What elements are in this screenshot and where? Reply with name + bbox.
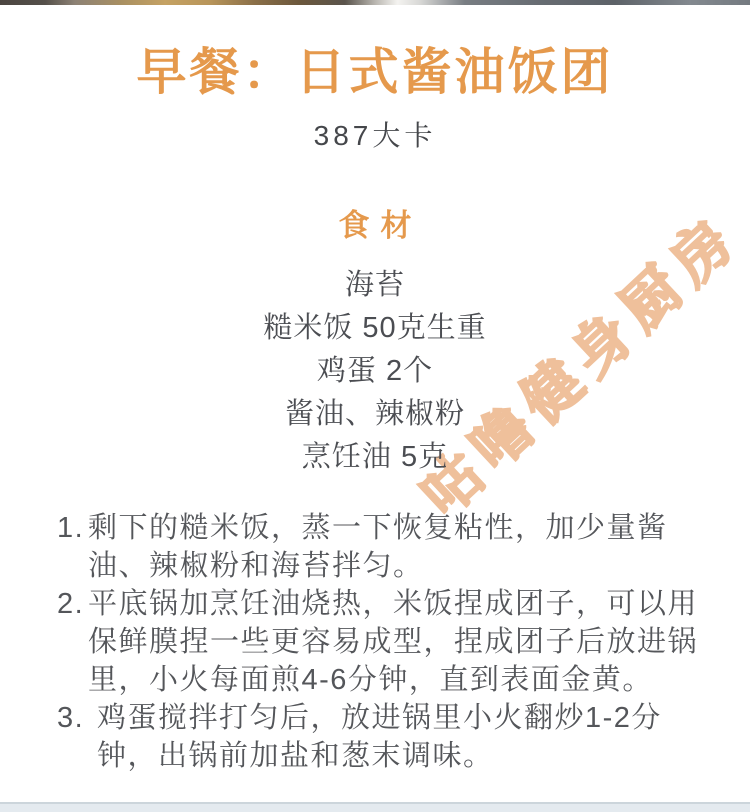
step-text: 平底锅加烹饪油烧热，米饭捏成团子，可以用 保鲜膜捏一些更容易成型，捏成团子后放进… <box>88 585 717 699</box>
calories-text: 387大卡 <box>0 120 750 152</box>
ingredients-list: 海苔 糙米饭 50克生重 鸡蛋 2个 酱油、辣椒粉 烹饪油 5克 <box>0 264 750 479</box>
step-row: 1. 剩下的糙米饭，蒸一下恢复粘性，加少量酱 油、辣椒粉和海苔拌匀。 <box>57 509 717 585</box>
step-number: 1. <box>57 509 88 547</box>
ingredient-item: 海苔 <box>0 264 750 307</box>
ingredient-item: 酱油、辣椒粉 <box>0 393 750 436</box>
step-line: 鸡蛋搅拌打匀后，放进锅里小火翻炒1-2分 <box>97 699 717 737</box>
step-text: 剩下的糙米饭，蒸一下恢复粘性，加少量酱 油、辣椒粉和海苔拌匀。 <box>88 509 717 585</box>
step-row: 2. 平底锅加烹饪油烧热，米饭捏成团子，可以用 保鲜膜捏一些更容易成型，捏成团子… <box>57 585 717 699</box>
step-line: 平底锅加烹饪油烧热，米饭捏成团子，可以用 <box>88 585 717 623</box>
step-line: 钟，出锅前加盐和葱末调味。 <box>97 737 717 775</box>
step-number: 2. <box>57 585 88 623</box>
ingredients-heading: 食材 <box>0 208 750 244</box>
page-title: 早餐：日式酱油饭团 <box>0 44 750 100</box>
step-line: 保鲜膜捏一些更容易成型，捏成团子后放进锅 <box>88 623 717 661</box>
step-number: 3. <box>57 699 97 737</box>
ingredient-item: 烹饪油 5克 <box>0 436 750 479</box>
step-line: 剩下的糙米饭，蒸一下恢复粘性，加少量酱 <box>88 509 717 547</box>
steps-list: 1. 剩下的糙米饭，蒸一下恢复粘性，加少量酱 油、辣椒粉和海苔拌匀。 2. 平底… <box>57 509 717 775</box>
step-text: 鸡蛋搅拌打匀后，放进锅里小火翻炒1-2分 钟，出锅前加盐和葱末调味。 <box>97 699 717 775</box>
step-row: 3. 鸡蛋搅拌打匀后，放进锅里小火翻炒1-2分 钟，出锅前加盐和葱末调味。 <box>57 699 717 775</box>
ingredient-item: 鸡蛋 2个 <box>0 350 750 393</box>
photo-edge-strip <box>0 0 750 5</box>
ingredient-item: 糙米饭 50克生重 <box>0 307 750 350</box>
bottom-edge-strip <box>0 802 750 812</box>
step-line: 里，小火每面煎4-6分钟，直到表面金黄。 <box>88 661 717 699</box>
step-line: 油、辣椒粉和海苔拌匀。 <box>88 547 717 585</box>
